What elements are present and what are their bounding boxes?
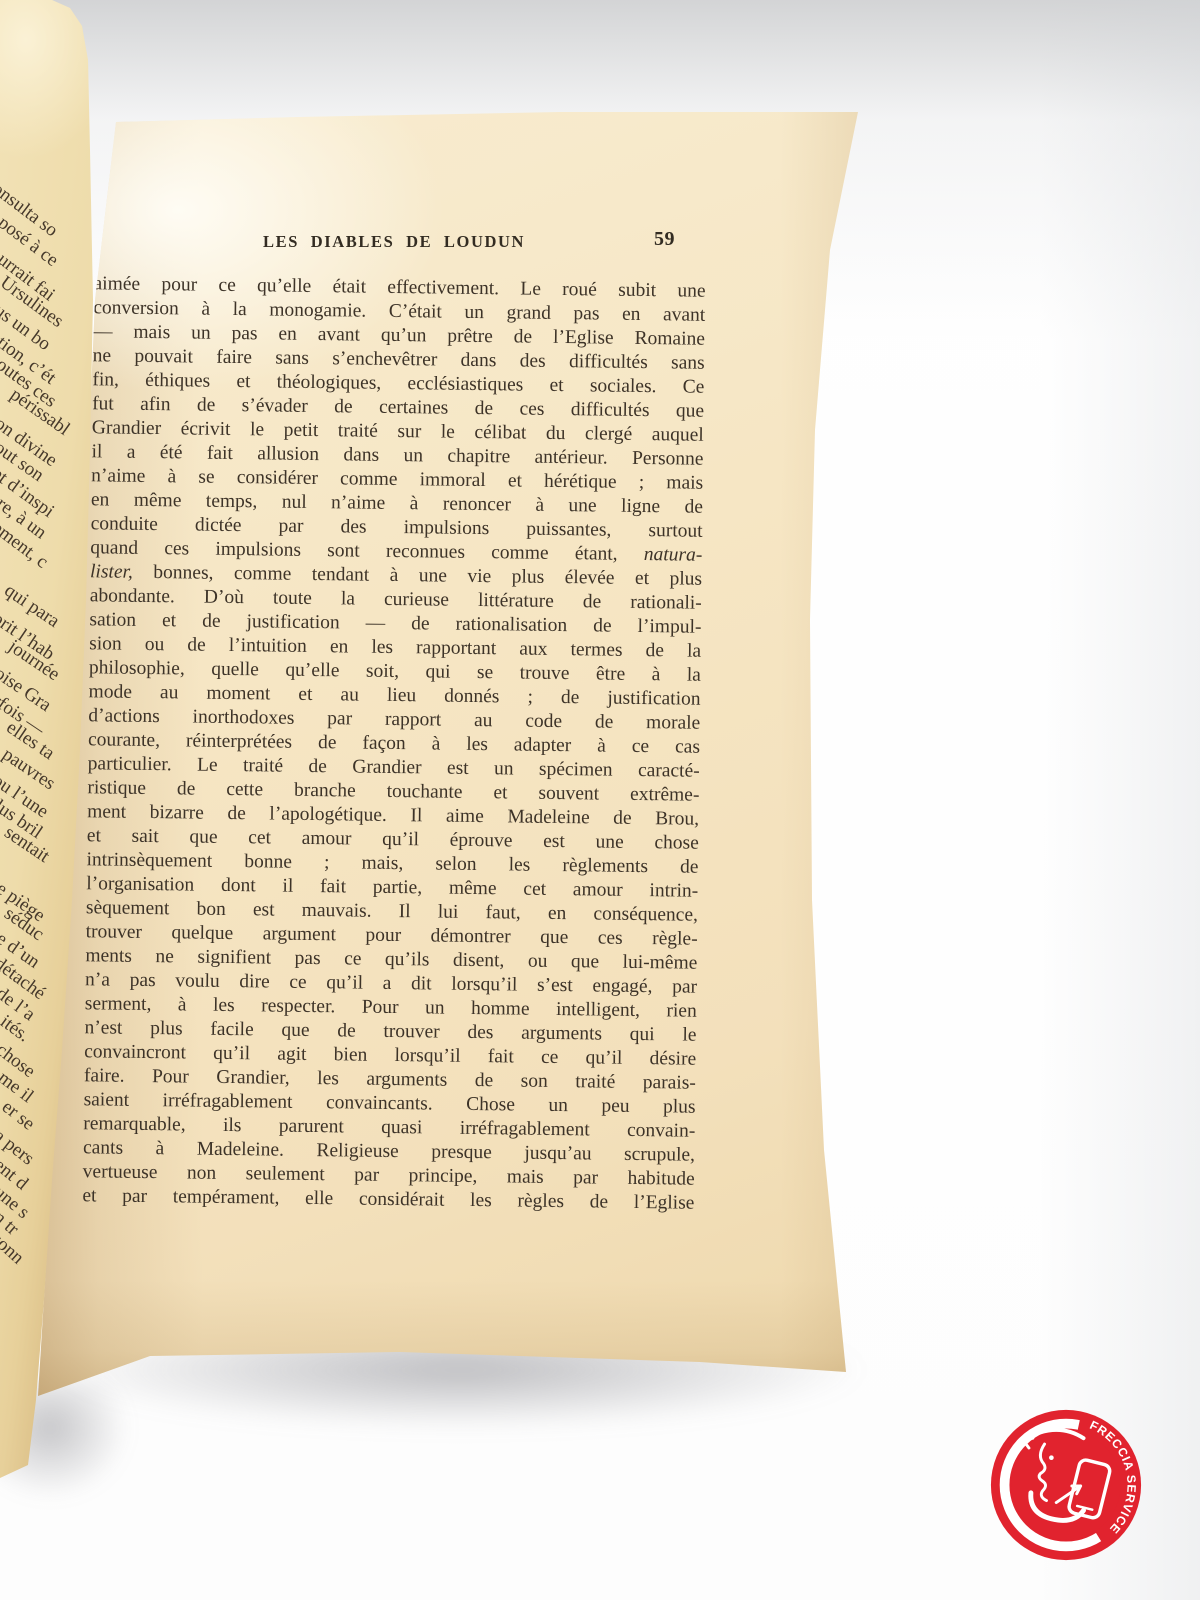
page-text: aimée pour ce qu’elle était effectivemen… [82, 272, 705, 1215]
book-right-page: LES DIABLES DE LOUDUN 59 aimée pour ce q… [28, 100, 870, 1410]
page-number: 59 [654, 228, 675, 251]
freccia-service-watermark: FRECCIA SERVICE [988, 1407, 1144, 1563]
left-page-fragment: sonn [0, 1229, 28, 1269]
running-title: LES DIABLES DE LOUDUN [88, 232, 700, 252]
